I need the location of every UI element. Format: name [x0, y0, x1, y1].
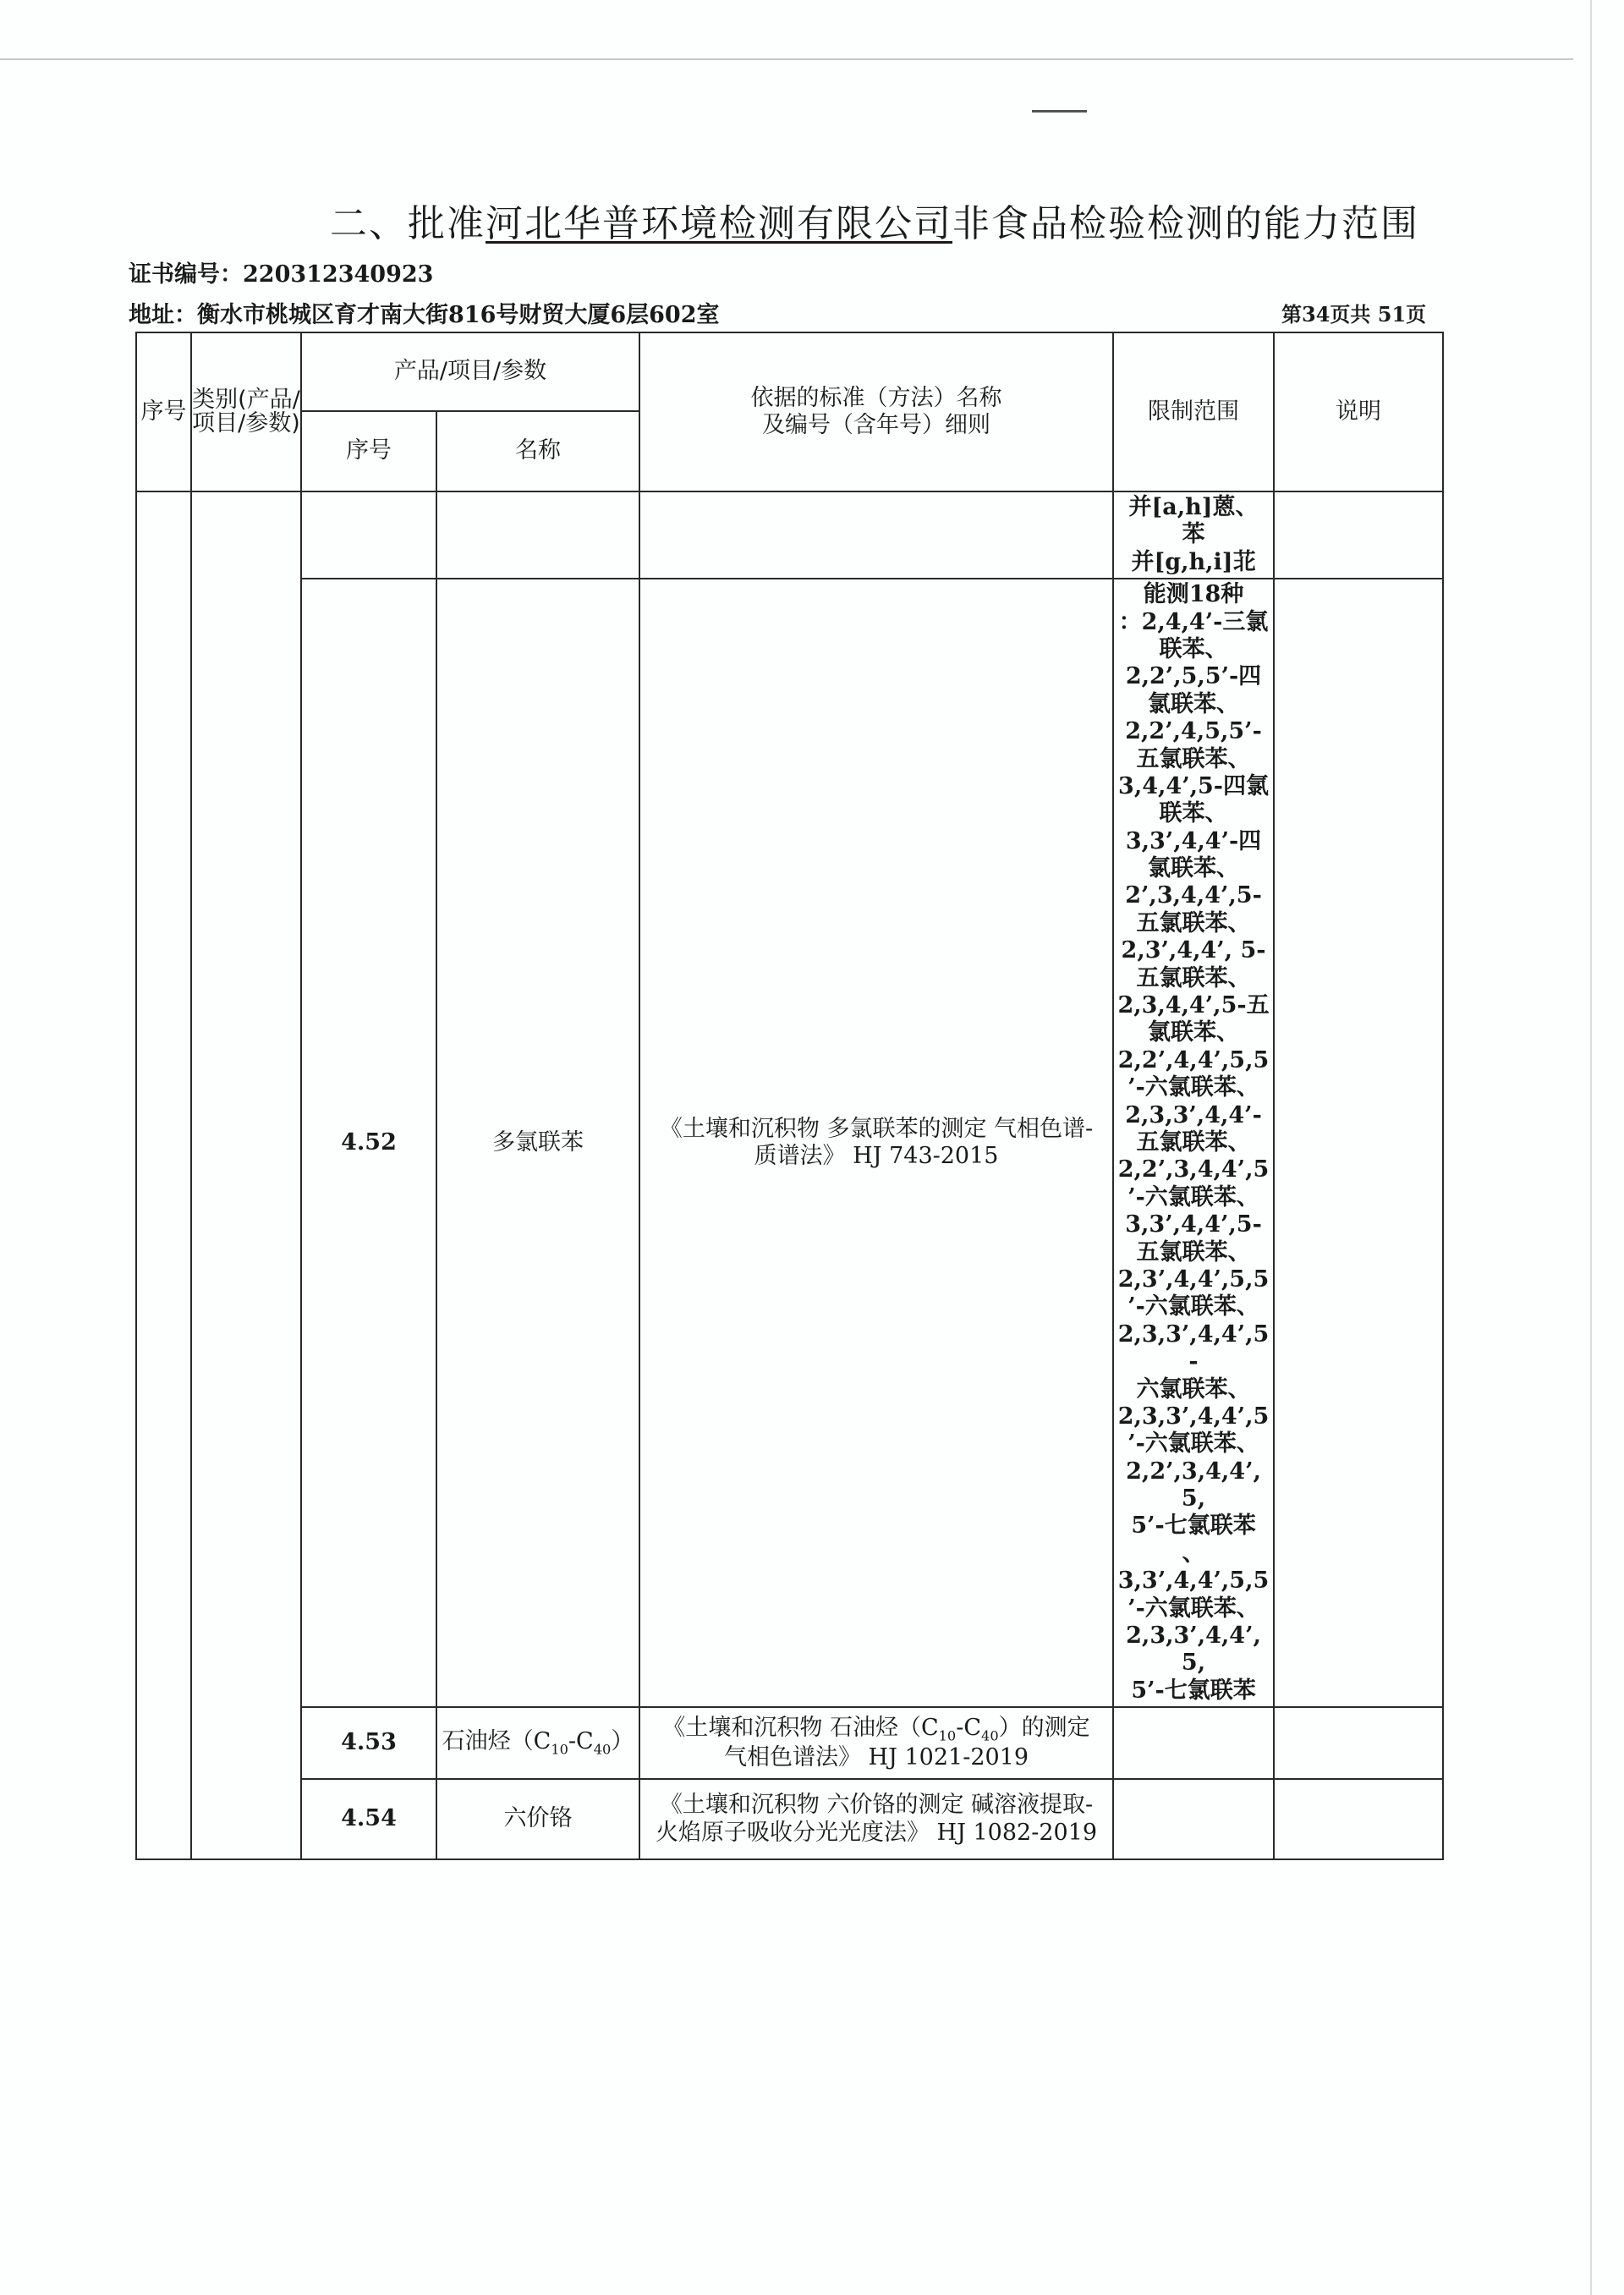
limit-line: 六氯联苯、: [1117, 1376, 1270, 1403]
document-title: 二、批准河北华普环境检测有限公司非食品检验检测的能力范围: [330, 193, 1419, 247]
limit-line: 2,2’,4,5,5’-: [1117, 718, 1270, 745]
address: 地址：衡水市桃城区育才南大街816号财贸大厦6层602室: [129, 296, 720, 329]
limit-cell: [1113, 1779, 1274, 1859]
title-prefix: 二、批准: [330, 202, 486, 245]
header-item-name: 名称: [436, 411, 639, 491]
scan-mark: [1032, 110, 1087, 113]
limit-line: 氯联苯、: [1117, 691, 1270, 718]
item-seq-cell: 4.52: [301, 579, 436, 1707]
header-standard-line2: 及编号（含年号）细则: [640, 412, 1112, 439]
table-row: 4.54 六价铬 《土壤和沉积物 六价铬的测定 碱溶液提取-火焰原子吸收分光光度…: [136, 1779, 1443, 1859]
note-cell: [1274, 1779, 1443, 1859]
seq-cell: [136, 491, 191, 1859]
item-name-text: ）: [611, 1728, 634, 1754]
title-suffix: 非食品检验检测的能力范围: [952, 202, 1419, 245]
standard-cell: 《土壤和沉积物 六价铬的测定 碱溶液提取-火焰原子吸收分光光度法》 HJ 108…: [639, 1779, 1113, 1859]
limit-line: 2,2’,4,4’,5,5: [1117, 1047, 1270, 1074]
table-row: 4.52 多氯联苯 《土壤和沉积物 多氯联苯的测定 气相色谱-质谱法》 HJ 7…: [136, 579, 1443, 1707]
title-company: 河北华普环境检测有限公司: [486, 202, 952, 245]
subscript: 40: [594, 1742, 612, 1758]
standard-cell: [639, 491, 1113, 579]
scan-right-edge: [1590, 0, 1592, 2295]
limit-line: 氯联苯、: [1117, 855, 1270, 882]
header-item-seq: 序号: [301, 411, 436, 491]
limit-line: 、: [1117, 1540, 1270, 1568]
limit-line: 能测18种: [1117, 581, 1270, 608]
limit-line: 2,3’,4,4’, 5-: [1117, 937, 1270, 964]
limit-line: 2,3,3’,4,4’,5: [1117, 1403, 1270, 1430]
limit-line: 并[a,h]蒽、苯: [1117, 494, 1270, 549]
header-note: 说明: [1274, 332, 1443, 491]
item-name-cell: 石油烃（C10-C40）: [436, 1707, 639, 1779]
limit-line: 2’,3,4,4’,5-: [1117, 882, 1270, 909]
limit-line: 5’-七氯联苯: [1117, 1513, 1270, 1540]
limit-line: 2,3,3’,4,4’-: [1117, 1102, 1270, 1129]
category-cell: [191, 491, 301, 1859]
subscript: 10: [939, 1727, 957, 1743]
header-row-1: 序号 类别(产品/项目/参数) 产品/项目/参数 依据的标准（方法）名称 及编号…: [136, 332, 1443, 411]
limit-line: 并[g,h,i]苝: [1117, 549, 1270, 576]
standard-cell: 《土壤和沉积物 多氯联苯的测定 气相色谱-质谱法》 HJ 743-2015: [639, 579, 1113, 1707]
limit-line: ’-六氯联苯、: [1117, 1074, 1270, 1101]
limit-line: 3,3’,4,4’,5,5: [1117, 1568, 1270, 1595]
header-standard-line1: 依据的标准（方法）名称: [640, 385, 1112, 412]
certificate-value: 220312340923: [243, 261, 433, 288]
item-name-cell: 多氯联苯: [436, 579, 639, 1707]
table-row: 4.53 石油烃（C10-C40） 《土壤和沉积物 石油烃（C10-C40）的测…: [136, 1707, 1443, 1779]
subscript: 10: [551, 1742, 568, 1758]
limit-line: 2,2’,3,4,4’,5,: [1117, 1458, 1270, 1513]
limit-line: 氯联苯、: [1117, 1019, 1270, 1046]
header-seq: 序号: [136, 332, 191, 491]
scan-top-rule: [0, 58, 1573, 60]
standard-cell: 《土壤和沉积物 石油烃（C10-C40）的测定 气相色谱法》 HJ 1021-2…: [639, 1707, 1113, 1779]
subscript: 40: [981, 1727, 999, 1743]
note-cell: [1274, 491, 1443, 579]
limit-line: 2,3’,4,4’,5,5: [1117, 1266, 1270, 1293]
limit-line: 5’-七氯联苯: [1117, 1677, 1270, 1705]
item-seq-cell: 4.53: [301, 1707, 436, 1779]
header-limit: 限制范围: [1113, 332, 1274, 491]
note-cell: [1274, 579, 1443, 1707]
item-seq-cell: [301, 491, 436, 579]
limit-line: 五氯联苯、: [1117, 746, 1270, 773]
standard-text: 《土壤和沉积物 石油烃（C: [662, 1715, 938, 1741]
header-product-group: 产品/项目/参数: [301, 332, 639, 411]
note-cell: [1274, 1707, 1443, 1779]
page-indicator: 第34页共 51页: [1281, 298, 1426, 327]
item-seq-cell: 4.54: [301, 1779, 436, 1859]
table-row: 并[a,h]蒽、苯 并[g,h,i]苝: [136, 491, 1443, 579]
limit-line: 2,2’,5,5’-四: [1117, 663, 1270, 690]
limit-line: 2,3,4,4’,5-五: [1117, 992, 1270, 1019]
limit-line: 2,3,3’,4,4’,5-: [1117, 1321, 1270, 1376]
limit-line: ’-六氯联苯、: [1117, 1595, 1270, 1622]
limit-line: 五氯联苯、: [1117, 910, 1270, 937]
address-value: 衡水市桃城区育才南大街816号财贸大厦6层602室: [197, 302, 720, 328]
limit-cell: 并[a,h]蒽、苯 并[g,h,i]苝: [1113, 491, 1274, 579]
certificate-number: 证书编号：220312340923: [129, 255, 433, 288]
limit-line: 3,3’,4,4’,5-: [1117, 1211, 1270, 1238]
certificate-label: 证书编号：: [129, 261, 243, 288]
limit-line: 五氯联苯、: [1117, 1129, 1270, 1156]
limit-cell: [1113, 1707, 1274, 1779]
limit-line: 五氯联苯、: [1117, 1239, 1270, 1266]
limit-line: 联苯、: [1117, 800, 1270, 827]
limit-line: 五氯联苯、: [1117, 965, 1270, 992]
item-name-text: 石油烃（C: [442, 1728, 551, 1754]
header-category: 类别(产品/项目/参数): [191, 332, 301, 491]
standard-text: -C: [956, 1715, 981, 1741]
limit-line: 2,3,3’,4,4’,5,: [1117, 1622, 1270, 1677]
limit-line: ’-六氯联苯、: [1117, 1184, 1270, 1211]
limit-line: 联苯、: [1117, 636, 1270, 663]
limit-cell: 能测18种：2,4,4’-三氯联苯、2,2’,5,5’-四氯联苯、2,2’,4,…: [1113, 579, 1274, 1707]
limit-line: 3,4,4’,5-四氯: [1117, 773, 1270, 800]
limit-line: ’-六氯联苯、: [1117, 1293, 1270, 1320]
header-standard: 依据的标准（方法）名称 及编号（含年号）细则: [639, 332, 1113, 491]
limit-line: ：2,4,4’-三氯: [1117, 609, 1270, 636]
limit-line: ’-六氯联苯、: [1117, 1430, 1270, 1458]
item-name-text: -C: [568, 1728, 594, 1754]
limit-line: 3,3’,4,4’-四: [1117, 828, 1270, 855]
limit-line: 2,2’,3,4,4’,5: [1117, 1156, 1270, 1183]
item-name-cell: 六价铬: [436, 1779, 639, 1859]
item-name-cell: [436, 491, 639, 579]
capability-table: 序号 类别(产品/项目/参数) 产品/项目/参数 依据的标准（方法）名称 及编号…: [135, 332, 1444, 1860]
address-label: 地址：: [129, 302, 197, 328]
